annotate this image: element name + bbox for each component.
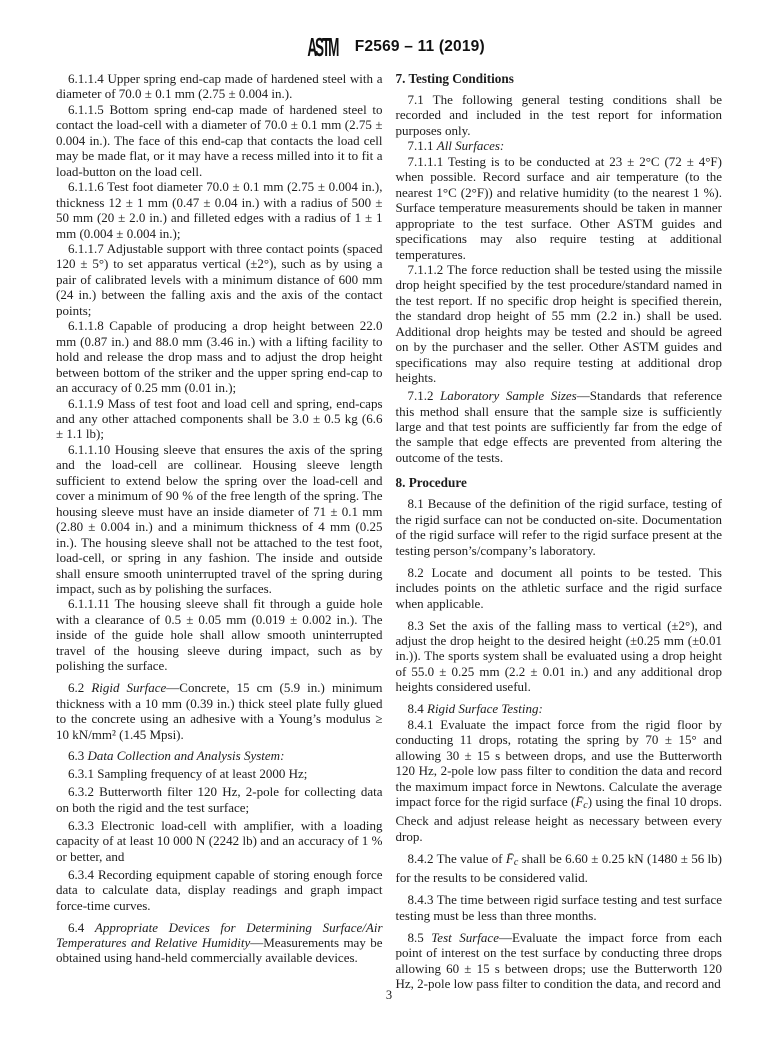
heading-7: 7. Testing Conditions	[396, 71, 723, 87]
paragraph-8-1: 8.1 Because of the definition of the rig…	[396, 496, 723, 558]
paragraph-6-1-1-6: 6.1.1.6 Test foot diameter 70.0 ± 0.1 mm…	[56, 179, 383, 241]
paragraph-6-1-1-9: 6.1.1.9 Mass of test foot and load cell …	[56, 396, 383, 442]
paragraph-7-1-1-2: 7.1.1.2 The force reduction shall be tes…	[396, 262, 723, 386]
paragraph-7-1-2: 7.1.2 Laboratory Sample Sizes—Standards …	[396, 388, 723, 465]
paragraph-8-4: 8.4 Rigid Surface Testing:	[396, 701, 723, 716]
paragraph-6-3-1: 6.3.1 Sampling frequency of at least 200…	[56, 766, 383, 781]
paragraph-8-4-2: 8.4.2 The value of F̄c shall be 6.60 ± 0…	[396, 851, 723, 886]
paragraph-8-4-1: 8.4.1 Evaluate the impact force from the…	[396, 717, 723, 845]
paragraph-6-3-4: 6.3.4 Recording equipment capable of sto…	[56, 867, 383, 913]
paragraph-8-5: 8.5 Test Surface—Evaluate the impact for…	[396, 930, 723, 992]
paragraph-6-3-3: 6.3.3 Electronic load-cell with amplifie…	[56, 818, 383, 864]
paragraph-8-3: 8.3 Set the axis of the falling mass to …	[396, 618, 723, 695]
paragraph-6-1-1-5: 6.1.1.5 Bottom spring end-cap made of ha…	[56, 102, 383, 179]
astm-logo-icon: ASTM	[307, 34, 338, 60]
heading-8: 8. Procedure	[396, 475, 723, 491]
paragraph-6-1-1-4: 6.1.1.4 Upper spring end-cap made of har…	[56, 71, 383, 102]
paragraph-7-1-1: 7.1.1 All Surfaces:	[396, 138, 723, 153]
paragraph-6-3-2: 6.3.2 Butterworth filter 120 Hz, 2-pole …	[56, 784, 383, 815]
paragraph-6-2: 6.2 Rigid Surface—Concrete, 15 cm (5.9 i…	[56, 680, 383, 742]
paragraph-6-1-1-11: 6.1.1.11 The housing sleeve shall fit th…	[56, 596, 383, 673]
paragraph-6-4: 6.4 Appropriate Devices for Determining …	[56, 920, 383, 966]
paragraph-6-1-1-8: 6.1.1.8 Capable of producing a drop heig…	[56, 318, 383, 395]
standard-designation: F2569 – 11 (2019)	[355, 38, 485, 56]
paragraph-7-1: 7.1 The following general testing condit…	[396, 92, 723, 138]
document-page: ASTM F2569 – 11 (2019) 6.1.1.4 Upper spr…	[0, 0, 778, 1041]
paragraph-6-1-1-10: 6.1.1.10 Housing sleeve that ensures the…	[56, 442, 383, 597]
column-left: 6.1.1.4 Upper spring end-cap made of har…	[56, 71, 383, 992]
column-right: 7. Testing Conditions7.1 The following g…	[396, 71, 723, 992]
paragraph-6-3: 6.3 Data Collection and Analysis System:	[56, 748, 383, 763]
page-header: ASTM F2569 – 11 (2019)	[0, 34, 778, 60]
paragraph-8-2: 8.2 Locate and document all points to be…	[396, 565, 723, 611]
paragraph-8-4-3: 8.4.3 The time between rigid surface tes…	[396, 892, 723, 923]
paragraph-6-1-1-7: 6.1.1.7 Adjustable support with three co…	[56, 241, 383, 318]
two-column-body: 6.1.1.4 Upper spring end-cap made of har…	[56, 71, 722, 992]
paragraph-7-1-1-1: 7.1.1.1 Testing is to be conducted at 23…	[396, 154, 723, 262]
page-footer: 3	[0, 988, 778, 1003]
page-number: 3	[386, 988, 392, 1002]
